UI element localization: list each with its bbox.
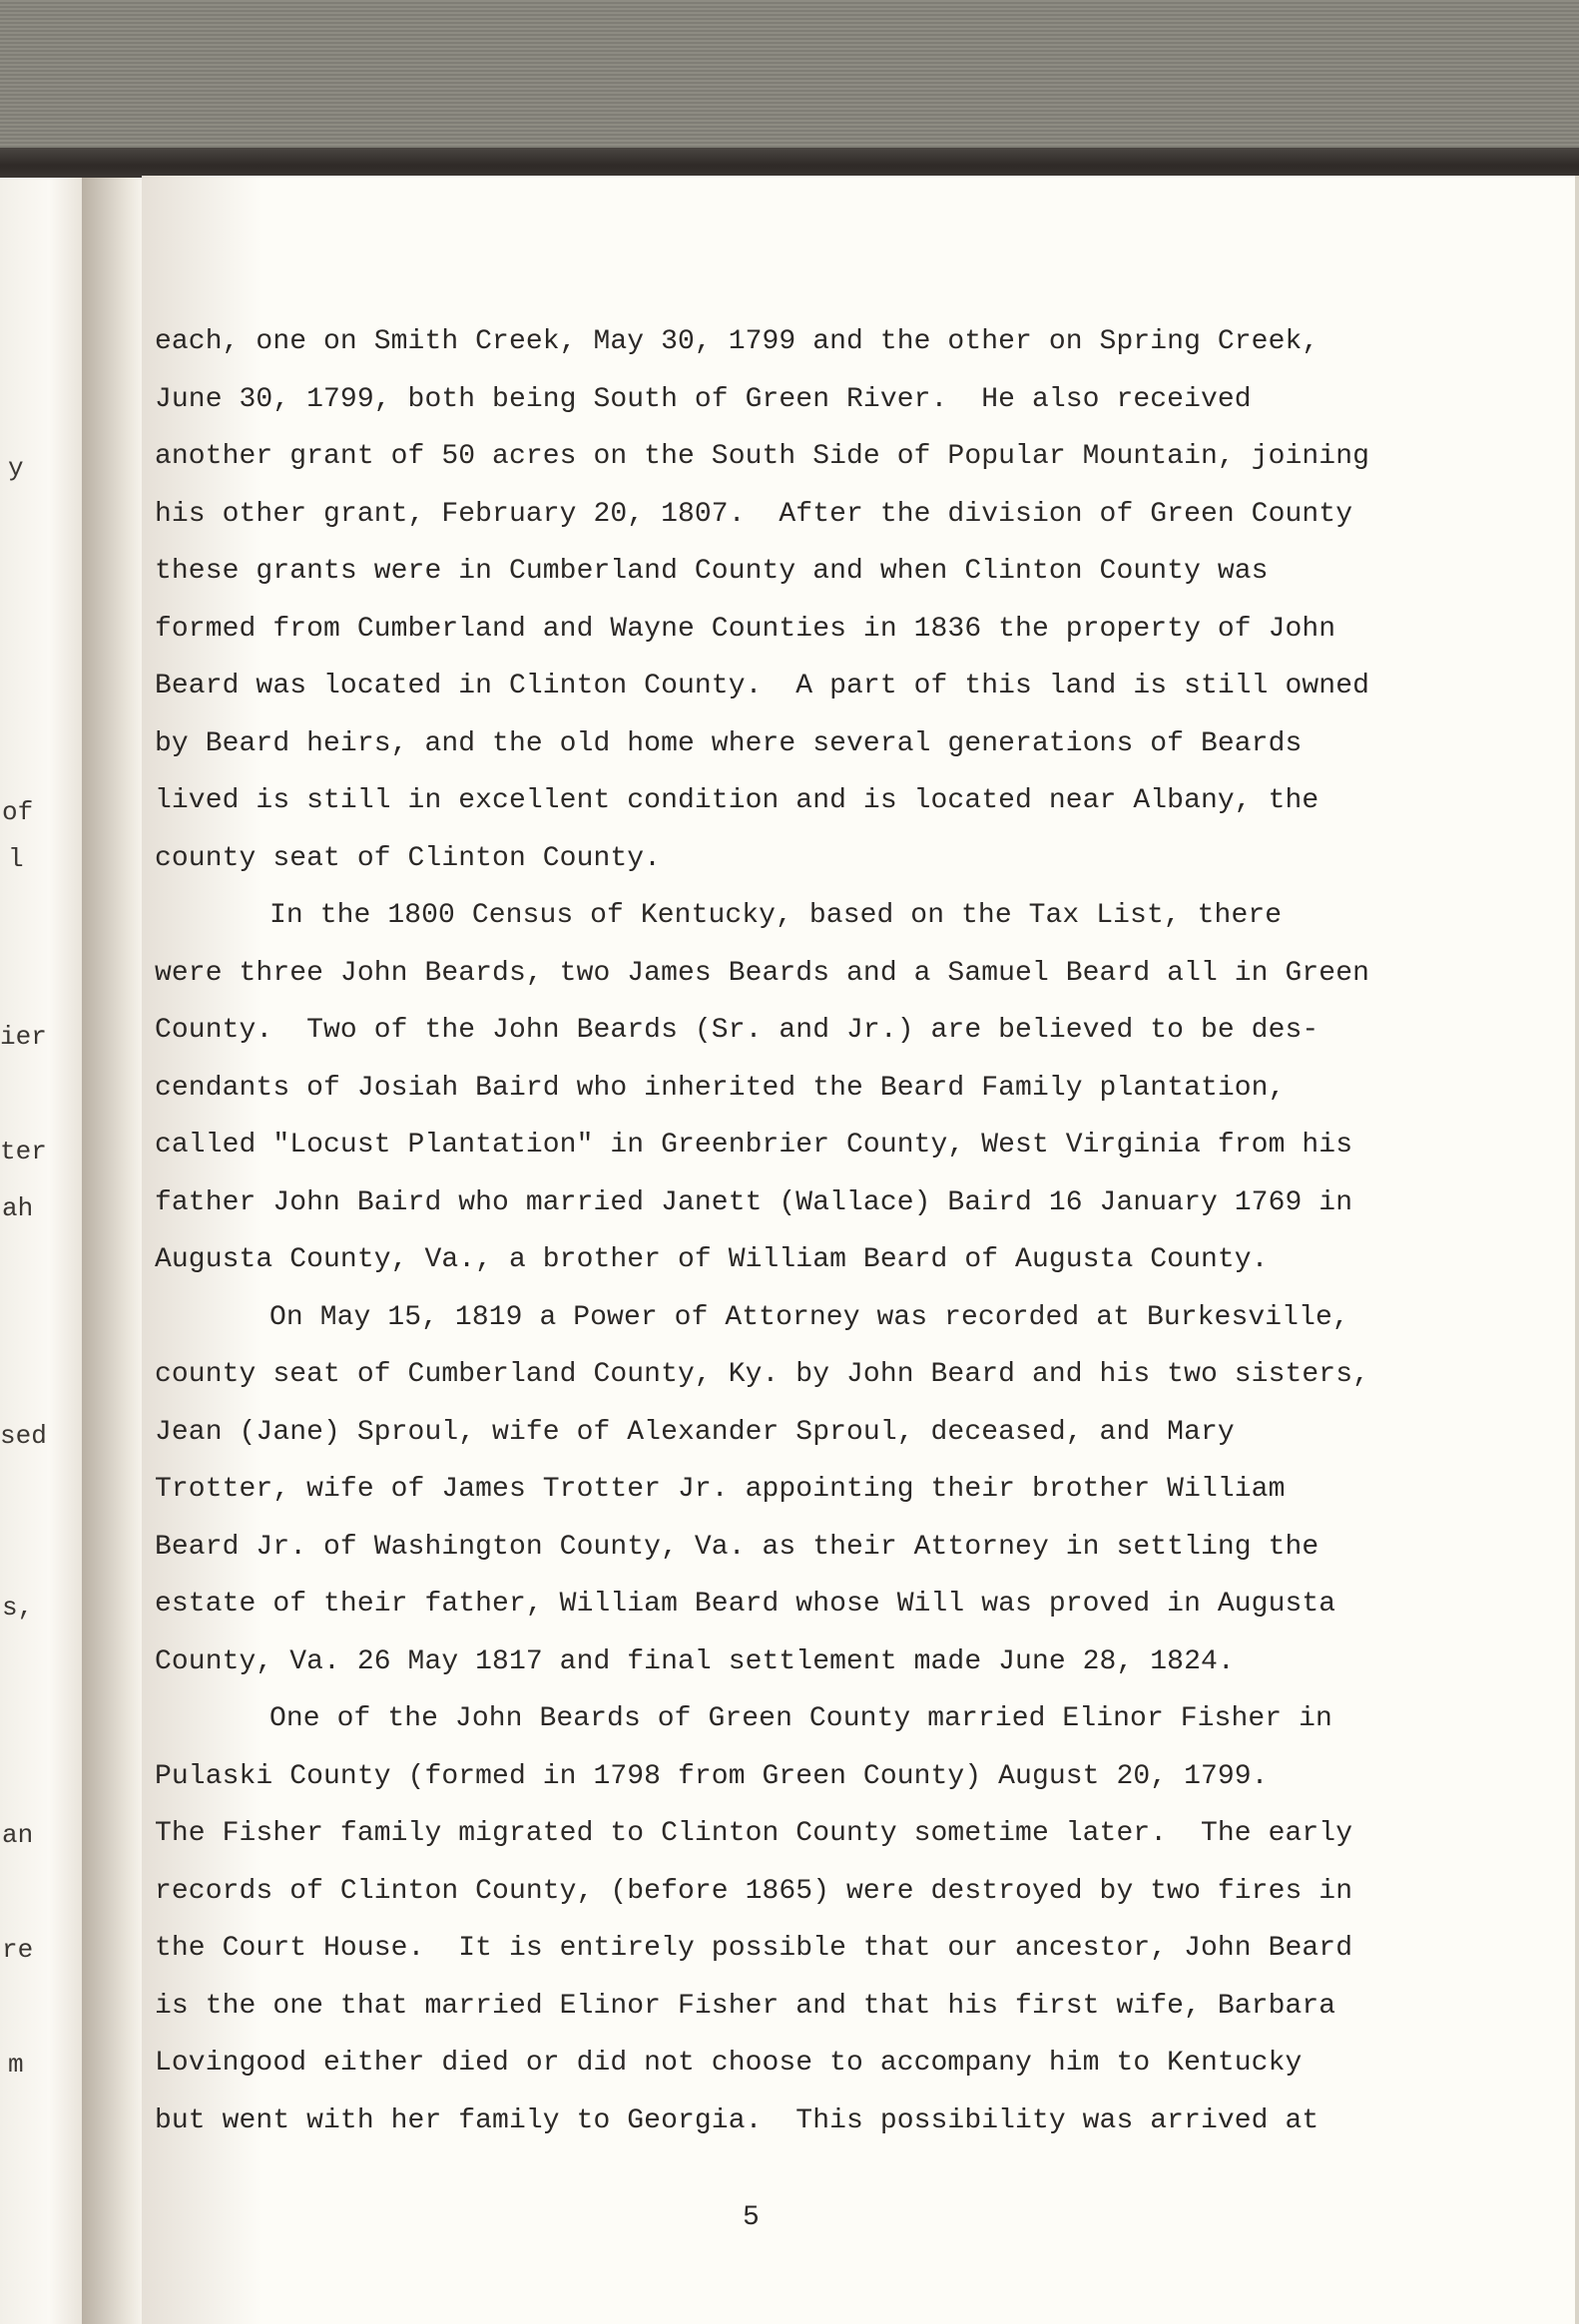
adjacent-page-text-fragment: s,: [2, 1593, 33, 1623]
text-line: each, one on Smith Creek, May 30, 1799 a…: [155, 326, 1318, 358]
text-line: Beard Jr. of Washington County, Va. as t…: [155, 1532, 1318, 1564]
text-line: Beard was located in Clinton County. A p…: [155, 671, 1369, 702]
text-line: formed from Cumberland and Wayne Countie…: [155, 614, 1335, 646]
book-gutter-shadow: [82, 178, 142, 2324]
text-line: is the one that married Elinor Fisher an…: [155, 1991, 1335, 2023]
text-line: called "Locust Plantation" in Greenbrier…: [155, 1130, 1352, 1162]
adjacent-page-text-fragment: of: [2, 797, 33, 827]
text-line: Pulaski County (formed in 1798 from Gree…: [155, 1761, 1269, 1793]
adjacent-page-text-fragment: an: [2, 1820, 33, 1850]
text-line: by Beard heirs, and the old home where s…: [155, 728, 1302, 760]
page-right-edge: [1575, 176, 1579, 2324]
text-line: were three John Beards, two James Beards…: [155, 958, 1369, 990]
text-line: The Fisher family migrated to Clinton Co…: [155, 1818, 1352, 1850]
page-top-shadow: [0, 148, 1579, 178]
adjacent-page-text-fragment: ier: [0, 1022, 47, 1052]
text-line: these grants were in Cumberland County a…: [155, 556, 1269, 588]
text-line: Augusta County, Va., a brother of Willia…: [155, 1244, 1269, 1276]
adjacent-page-text-fragment: re: [2, 1935, 33, 1965]
text-line: lived is still in excellent condition an…: [155, 785, 1318, 817]
scanner-lid-background: [0, 0, 1579, 148]
text-line: county seat of Clinton County.: [155, 843, 661, 875]
adjacent-page-text-fragment: ah: [2, 1193, 33, 1223]
text-line: Trotter, wife of James Trotter Jr. appoi…: [155, 1474, 1285, 1506]
text-line: In the 1800 Census of Kentucky, based on…: [269, 900, 1282, 932]
adjacent-page-text-fragment: ter: [0, 1137, 47, 1166]
page-number: 5: [743, 2202, 760, 2233]
text-line: the Court House. It is entirely possible…: [155, 1933, 1352, 1965]
text-line: records of Clinton County, (before 1865)…: [155, 1876, 1352, 1908]
adjacent-page-text-fragment: y: [8, 453, 24, 483]
text-line: June 30, 1799, both being South of Green…: [155, 384, 1252, 416]
adjacent-page-text-fragment: sed: [0, 1421, 47, 1451]
text-line: County. Two of the John Beards (Sr. and …: [155, 1015, 1318, 1047]
text-line: father John Baird who married Janett (Wa…: [155, 1187, 1352, 1219]
text-line: Lovingood either died or did not choose …: [155, 2048, 1302, 2080]
text-line: County, Va. 26 May 1817 and final settle…: [155, 1646, 1235, 1678]
text-line: cendants of Josiah Baird who inherited t…: [155, 1073, 1285, 1105]
text-line: Jean (Jane) Sproul, wife of Alexander Sp…: [155, 1417, 1235, 1449]
adjacent-page-text-fragment: m: [8, 2050, 24, 2080]
text-line: county seat of Cumberland County, Ky. by…: [155, 1359, 1369, 1391]
adjacent-page-edge: yoflierterahseds,anrem: [0, 178, 82, 2324]
text-line: On May 15, 1819 a Power of Attorney was …: [269, 1302, 1349, 1334]
text-line: his other grant, February 20, 1807. Afte…: [155, 499, 1352, 531]
text-line: estate of their father, William Beard wh…: [155, 1589, 1335, 1621]
adjacent-page-text-fragment: l: [8, 844, 24, 874]
text-line: but went with her family to Georgia. Thi…: [155, 2105, 1318, 2137]
text-line: another grant of 50 acres on the South S…: [155, 441, 1369, 473]
text-line: One of the John Beards of Green County m…: [269, 1703, 1332, 1735]
